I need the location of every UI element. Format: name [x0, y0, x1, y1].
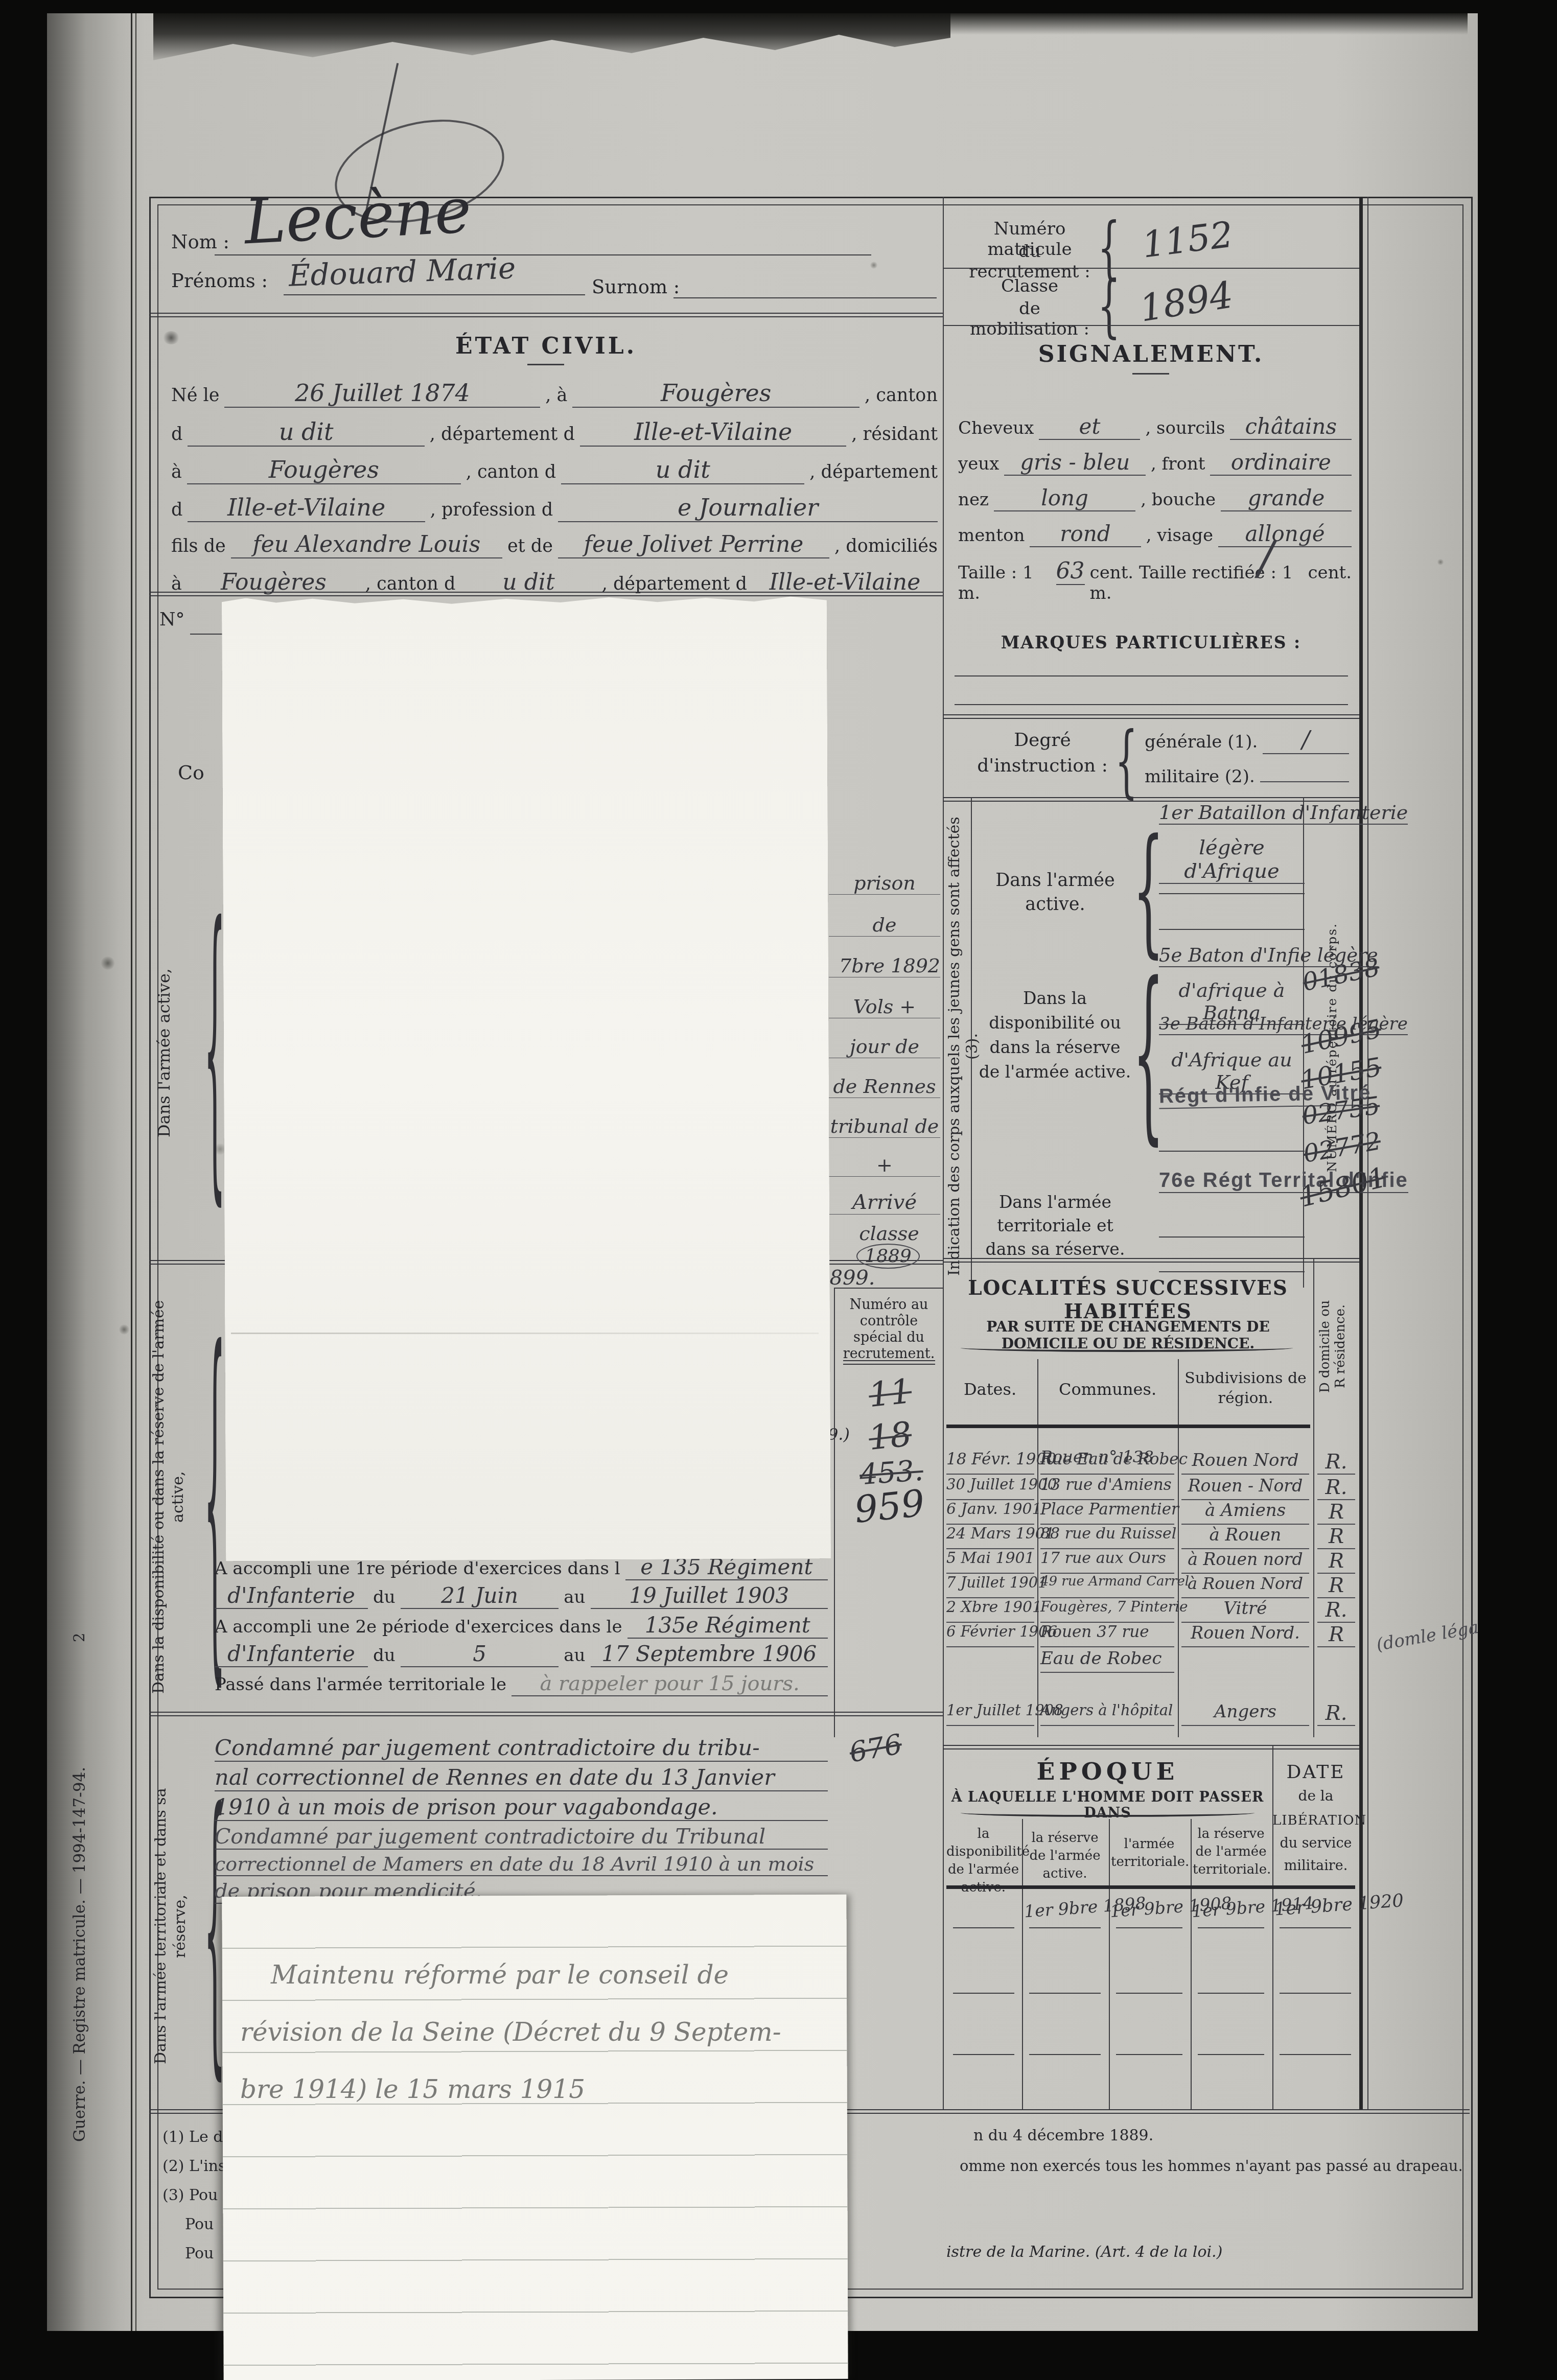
corps-active-line-2: légère d'Afrique [1159, 836, 1305, 884]
canton-value: u dit [561, 456, 804, 484]
date-cell: 6 Février 1906 [946, 1623, 1034, 1647]
footnote-2-right: omme non exercés tous les hommes n'ayant… [960, 2157, 1463, 2175]
etat-civil-title-dash [527, 364, 564, 365]
epoque-divider-4 [1272, 1745, 1273, 2110]
prenoms-label: Prénoms : [171, 270, 268, 292]
hw-fragment: Vols + [829, 995, 940, 1018]
condamnation-line: correctionnel de Mamers en date du 18 Av… [215, 1853, 828, 1876]
periode-value: 17 Septembre 1906 [591, 1641, 828, 1667]
epoque-row-line [1280, 1927, 1351, 1928]
condamnation-text: nal correctionnel de Rennes en date du 1… [215, 1765, 828, 1791]
section-active-label: Dans l'armée active. [979, 869, 1132, 917]
periode-print: A accompli une 1re période d'exercices d… [215, 1558, 620, 1579]
corps-line: 76e Régt Territal d'Infie [1159, 1169, 1305, 1193]
epoque-divider-2 [1109, 1819, 1110, 2110]
controle-number: 11 [867, 1371, 914, 1415]
blank-line [1260, 762, 1349, 782]
corps-blank-line [1159, 1151, 1305, 1152]
epoque-col4-header: la réserve de l'armée territoriale. [1193, 1825, 1269, 1879]
subdiv-cell: Rouen - Nord [1181, 1476, 1309, 1500]
localites-divider-1 [1037, 1359, 1038, 1737]
margin-spine-text: Guerre. — Registre matricule. — 1994-147… [71, 1661, 93, 2248]
epoque-divider-3 [1191, 1819, 1192, 2110]
epoque-row-line [953, 2054, 1014, 2055]
epoque-date-label: DATE [1272, 1762, 1359, 1783]
classe-brace: { [1098, 272, 1121, 340]
center-divider [943, 197, 944, 2110]
hw-fragment: Arrivé [829, 1191, 940, 1215]
margin-spine-number: 2 [71, 1625, 93, 1650]
corps-label-divider [971, 797, 972, 1288]
corps-line: légère d'Afrique [1159, 836, 1305, 884]
recruitment-divider-1 [943, 268, 1359, 269]
paren-fragment: 9.) [828, 1425, 850, 1444]
subdiv-cell: Angers [1181, 1701, 1309, 1726]
footnote-1-left: (1) Le d [162, 2128, 223, 2146]
scan-right-black [1478, 0, 1557, 2380]
subdiv-cell: à Rouen nord [1181, 1549, 1309, 1574]
reform-note-line-3: bre 1914) le 15 mars 1915 [240, 2074, 585, 2104]
dr-cell: R [1317, 1549, 1355, 1574]
localites-flourish [961, 1344, 1293, 1352]
instruction-brace: { [1115, 721, 1138, 800]
corps-blank-line [1159, 1236, 1305, 1238]
controle-header-rule [843, 1360, 935, 1365]
hw-fragment: tribunal de [829, 1115, 940, 1138]
controle-header: Numéro au contrôle spécial du recrutemen… [839, 1297, 939, 1362]
birth-place-value: Fougères [572, 379, 859, 408]
dr-cell: R. [1317, 1450, 1355, 1475]
scan-top-shadow-right [950, 13, 1468, 35]
controle-number: 18 [867, 1414, 914, 1458]
epoque-row-line [1198, 1927, 1264, 1928]
taille-unit-label: cent. [1308, 563, 1352, 583]
localites-col-dr: D domicile ou R résidence. [1317, 1267, 1357, 1426]
field-label: , profession d [430, 500, 553, 520]
date-cell: 30 Juillet 1900 [946, 1476, 1034, 1500]
instruction-generale-row: générale (1). / [1145, 726, 1349, 754]
hw-fragment: de Rennes [829, 1075, 940, 1098]
subdiv-cell: à Rouen Nord [1181, 1574, 1309, 1598]
margin-brace-active: { [204, 890, 225, 1209]
identity-bottom-rule [149, 313, 943, 317]
recruitment-divider-2 [943, 325, 1359, 326]
dr-cell: R. [1317, 1598, 1355, 1623]
epoque-row-line [1198, 2054, 1264, 2055]
periode-print: du [373, 1587, 396, 1607]
reform-note-line-2: révision de la Seine (Décret du 9 Septem… [240, 2017, 781, 2047]
commune-cell: 13 rue d'Amiens [1040, 1476, 1174, 1500]
epoque-divider-1 [1022, 1819, 1023, 2110]
trait-label: Cheveux [958, 418, 1034, 438]
trait-value: allongé [1218, 521, 1352, 547]
sheet-crease [231, 1333, 819, 1334]
subdiv-cell: à Rouen [1181, 1525, 1309, 1549]
localites-top-rule [943, 1258, 1359, 1263]
inserted-sheet-top [222, 595, 831, 1561]
trait-label: , bouche [1141, 489, 1216, 510]
section-terr-label: Dans l'armée territoriale et dans sa rés… [979, 1191, 1132, 1262]
date-cell: 5 Mai 1901 [946, 1549, 1034, 1574]
localites-divider-2 [1178, 1359, 1179, 1737]
instruction-militaire-row: militaire (2). [1145, 762, 1349, 787]
periode-value: d'Infanterie [215, 1641, 368, 1667]
epoque-row-line [1116, 1927, 1182, 1928]
dr-line-2: R résidence. [1333, 1267, 1348, 1426]
signalement-title-dash [1132, 373, 1169, 375]
field-label: d [171, 500, 182, 520]
footnote-3-left: (3) Pou [162, 2186, 218, 2204]
margin-section-terr: Dans l'armée territoriale et dans sa rés… [151, 1768, 192, 2085]
field-label: , canton d [466, 462, 556, 482]
condamnation-text: 1910 à un mois de prison pour vagabondag… [215, 1794, 828, 1821]
periode-row: d'Infanterie du 5 au 17 Septembre 1906 [215, 1641, 828, 1667]
commune-cell: 88 rue du Ruissel [1040, 1525, 1174, 1549]
trait-value: grande [1221, 485, 1352, 511]
condamnation-line: Condamné par jugement contradictoire du … [215, 1824, 828, 1850]
field-label: Né le [171, 385, 219, 406]
date-cell: 6 Janv. 1901 [946, 1500, 1034, 1525]
hw-fragment-circled: 1889 [856, 1244, 920, 1269]
signalement-row: menton rond , visage allongé [958, 521, 1352, 547]
epoque-title: ÉPOQUE [943, 1758, 1272, 1786]
corps-line: 5e Baton d'Infie légère [1159, 944, 1305, 967]
commune-cell: Angers à l'hôpital [1040, 1701, 1174, 1726]
footnote-1-right: n du 4 décembre 1889. [973, 2127, 1153, 2144]
prenoms-line [284, 294, 585, 295]
dr-cell: R [1317, 1500, 1355, 1525]
mother-name-value: feue Jolivet Perrine [558, 531, 829, 558]
periode-value: 135e Régiment [628, 1613, 828, 1639]
field-label: d [171, 424, 182, 445]
signalement-row: Cheveux et , sourcils châtains [958, 414, 1352, 440]
section-dispo-label: Dans la disponibilité ou dans la réserve… [977, 986, 1133, 1084]
stain [119, 1324, 130, 1335]
controle-number: 959 [852, 1481, 926, 1531]
periode-value: 19 Juillet 1903 [591, 1583, 828, 1609]
dr-cell: R. [1317, 1701, 1355, 1726]
subdiv-cell: Vitré [1181, 1598, 1309, 1623]
signalement-title: SIGNALEMENT. [943, 341, 1359, 367]
margin-section-active: Dans l'armée active, [154, 899, 178, 1206]
epoque-date-label5: militaire. [1272, 1858, 1359, 1874]
scanned-register-page: Nom : Lecène Prénoms : Édouard Marie Sur… [0, 0, 1557, 2380]
condamnation-line: 1910 à un mois de prison pour vagabondag… [215, 1794, 828, 1821]
binding-shadow [47, 13, 144, 2331]
periode-value: 21 Juin [401, 1583, 559, 1609]
commune-cell: Rue Eau de Robec [1040, 1450, 1174, 1475]
corps-blank-line [1159, 1271, 1305, 1272]
etat-civil-bottom-rule [149, 592, 943, 596]
condamnation-text: correctionnel de Mamers en date du 18 Av… [215, 1853, 828, 1876]
taille-label: Taille : 1 m. [958, 563, 1051, 603]
marques-blank-line-1 [955, 675, 1348, 676]
date-cell: 24 Mars 1901 [946, 1525, 1034, 1549]
canton-value: u dit [188, 418, 424, 447]
condamnation-line: nal correctionnel de Rennes en date du 1… [215, 1765, 828, 1791]
margin-section-dispo: Dans la disponibilité ou dans la réserve… [149, 1298, 192, 1696]
birth-date-value: 26 Juillet 1874 [224, 379, 540, 408]
trait-value: châtains [1230, 414, 1352, 440]
trait-value: rond [1030, 521, 1141, 547]
subdiv-cell: Rouen Nord [1181, 1450, 1309, 1475]
commune-cell: Fougères, 7 Pinterie [1040, 1598, 1174, 1623]
etat-civil-row: fils de feu Alexandre Louis et de feue J… [171, 531, 938, 558]
footnote-5-left: Pou [185, 2245, 214, 2262]
footnote-2-left: (2) L'ins [162, 2157, 226, 2175]
marques-blank-line-2 [955, 704, 1348, 705]
classe-label: Classe [963, 276, 1096, 296]
etat-civil-title: ÉTAT CIVIL. [149, 333, 943, 359]
instruction-label-2: d'instruction : [972, 755, 1113, 776]
periode-print: A accompli une 2e période d'exercices da… [215, 1617, 622, 1637]
etat-civil-row: d u dit , département d Ille-et-Vilaine … [171, 418, 938, 447]
hw-fragment: classe [838, 1222, 940, 1245]
epoque-row-line [1029, 1993, 1101, 1994]
epoque-row-line [1116, 1993, 1182, 1994]
localites-col-communes: Communes. [1037, 1380, 1178, 1399]
trait-label: yeux [958, 454, 999, 474]
dr-cell: R [1317, 1525, 1355, 1549]
dr-cell: R. [1317, 1476, 1355, 1500]
field-label: , canton d [365, 574, 455, 594]
controle-top-line [834, 1288, 943, 1289]
corps-blank-line [1159, 929, 1305, 930]
taille-value: 63 [1056, 558, 1085, 585]
epoque-row-line [1280, 1993, 1351, 1994]
periode-value: d'Infanterie [215, 1583, 368, 1609]
trait-label: nez [958, 489, 989, 510]
epoque-row-line [1029, 2054, 1101, 2055]
commune-cell: 49 rue Armand Carrel [1040, 1574, 1174, 1598]
spine-line-inner [135, 13, 136, 2331]
hw-fragment: prison [829, 872, 940, 895]
signalement-row: yeux gris - bleu , front ordinaire [958, 450, 1352, 476]
nom-label: Nom : [171, 231, 229, 253]
commune-cell: Place Parmentier [1040, 1500, 1174, 1525]
periode-row: d'Infanterie du 21 Juin au 19 Juillet 19… [215, 1583, 828, 1609]
field-label: , département [809, 462, 938, 482]
field-label: , domiciliés [834, 536, 938, 556]
trait-value: long [994, 485, 1135, 511]
field-label: fils de [171, 536, 226, 556]
trait-value: ordinaire [1210, 450, 1352, 476]
instruction-top-rule [943, 714, 1359, 719]
stain [100, 956, 115, 970]
epoque-date-label4: du service [1272, 1835, 1359, 1851]
date-cell: 1er Juillet 1908 [946, 1701, 1034, 1726]
corps-line: Régt d'Infie de Vitré [1159, 1083, 1305, 1107]
commune-cell-2: Eau de Robec [1040, 1648, 1174, 1673]
dr-line-1: D domicile ou [1317, 1267, 1333, 1426]
hw-fragment: jour de [829, 1035, 940, 1058]
epoque-flourish [961, 1809, 1254, 1817]
hw-fragment: de [829, 914, 940, 937]
etat-civil-row: d Ille-et-Vilaine , profession d e Journ… [171, 494, 938, 522]
hw-fragment: + [829, 1154, 940, 1177]
militaire-label: militaire (2). [1145, 766, 1255, 787]
trait-value: gris - bleu [1004, 450, 1146, 476]
epoque-col3-header: l'armée territoriale. [1111, 1835, 1188, 1871]
epoque-row-line [953, 1993, 1014, 1994]
instruction-label-1: Degré [986, 730, 1099, 751]
field-label: à [171, 574, 182, 594]
spine-line-outer [131, 13, 132, 2331]
dr-cell: R [1317, 1623, 1355, 1647]
surnom-label: Surnom : [592, 276, 680, 298]
signalement-row: nez long , bouche grande [958, 485, 1352, 511]
epoque-header-rule [946, 1885, 1355, 1889]
epoque-row-line [1280, 2054, 1351, 2055]
passe-print: Passé dans l'armée territoriale le [215, 1674, 506, 1695]
marques-label: MARQUES PARTICULIÈRES : [943, 633, 1359, 652]
epoque-row-line [1198, 1993, 1264, 1994]
hw-fragment: 7bre 1892 [829, 954, 940, 977]
trait-label: , visage [1146, 525, 1213, 546]
commune-cell: Rouen 37 rue [1040, 1623, 1174, 1647]
date-cell: 18 Févr. 1900 [946, 1450, 1034, 1475]
departement-value: Ille-et-Vilaine [580, 418, 846, 447]
condamnation-line: Condamné par jugement contradictoire du … [215, 1735, 828, 1762]
passe-value: à rappeler pour 15 jours. [512, 1672, 828, 1696]
periode-value: 5 [401, 1641, 559, 1667]
generale-label: générale (1). [1145, 732, 1258, 752]
localites-col-subdivisions: Subdivisions de région. [1178, 1368, 1313, 1408]
localites-divider-3 [1313, 1258, 1314, 1737]
father-name-value: feu Alexandre Louis [231, 531, 502, 558]
nom-line [215, 254, 871, 255]
localites-col-dates: Dates. [943, 1380, 1037, 1399]
field-label: et de [507, 536, 553, 556]
periode-row: A accompli une 2e période d'exercices da… [215, 1613, 828, 1639]
corps-partial-label: Co [178, 761, 204, 784]
epoque-row-line [953, 1927, 1014, 1928]
trait-label: menton [958, 525, 1025, 546]
etat-civil-row: Né le 26 Juillet 1874 , à Fougères , can… [171, 379, 938, 408]
trait-label: , sourcils [1145, 418, 1225, 438]
corps-line: 3e Baton d'Infanterie légère [1159, 1014, 1305, 1035]
section-divider [149, 1712, 943, 1716]
field-label: , département d [430, 424, 575, 445]
numero-row-label: N° [159, 609, 185, 630]
epoque-top-rule [943, 1745, 1359, 1749]
localites-title: LOCALITÉS SUCCESSIVES HABITÉES [943, 1276, 1313, 1323]
classe-label2: de mobilisation : [963, 298, 1096, 339]
footnote-4-left: Pou [185, 2215, 214, 2233]
corps-side-label: Indication des corps auxquels les jeunes… [945, 810, 970, 1282]
residence-value: Fougères [187, 456, 461, 484]
taille-row: Taille : 1 m. 63 cent. Taille rectifiée … [958, 558, 1352, 603]
epoque-col2-header: la réserve de l'armée active. [1024, 1829, 1106, 1883]
field-label: , canton [865, 385, 938, 406]
trait-label: , front [1151, 454, 1205, 474]
passe-territoriale-row: Passé dans l'armée territoriale le à rap… [215, 1672, 828, 1696]
commune-cell: 17 rue aux Ours [1040, 1549, 1174, 1574]
periode-print: du [373, 1645, 396, 1666]
field-label: à [171, 462, 182, 482]
surnom-line [673, 297, 937, 298]
taille-rectifiee-slash: ∕ [1258, 531, 1273, 585]
condamnation-text: Condamné par jugement contradictoire du … [215, 1735, 828, 1762]
epoque-row-line [1116, 2054, 1182, 2055]
numero-row-line [190, 634, 226, 635]
controle-left-line [834, 1288, 835, 1737]
epoque-date-label2: de la [1272, 1787, 1359, 1804]
field-label: , résidant [851, 424, 938, 445]
epoque-row-line [1029, 1927, 1101, 1928]
corps-line: 1er Bataillon d'Infanterie [1159, 801, 1305, 825]
corps-active-line-1: 1er Bataillon d'Infanterie [1159, 801, 1408, 825]
localites-header-rule [946, 1425, 1310, 1428]
footnote-5-right: istre de la Marine. (Art. 4 de la loi.) [946, 2243, 1222, 2261]
generale-value: / [1263, 726, 1349, 754]
dr-cell: R [1317, 1574, 1355, 1598]
profession-value: e Journalier [558, 494, 938, 522]
subdiv-cell: Rouen Nord. [1181, 1623, 1309, 1647]
trait-value: et [1039, 414, 1140, 440]
departement-value: Ille-et-Vilaine [188, 494, 425, 522]
reform-note-line-1: Maintenu réformé par le conseil de [271, 1960, 729, 1990]
field-label: , à [545, 385, 567, 406]
epoque-date-label3: LIBÉRATION [1272, 1813, 1359, 1828]
etat-civil-row: à Fougères , canton d u dit , départemen… [171, 456, 938, 484]
periode-print: au [564, 1587, 585, 1607]
field-label: , département d [602, 574, 747, 594]
subdiv-cell: à Amiens [1181, 1500, 1309, 1525]
date-cell: 2 Xbre 1901 [946, 1598, 1034, 1623]
corps-blank-line [1159, 893, 1305, 894]
condamnation-text: Condamné par jugement contradictoire du … [215, 1824, 828, 1850]
periode-print: au [564, 1645, 585, 1666]
date-cell: 7 Juillet 1901 [946, 1574, 1034, 1598]
